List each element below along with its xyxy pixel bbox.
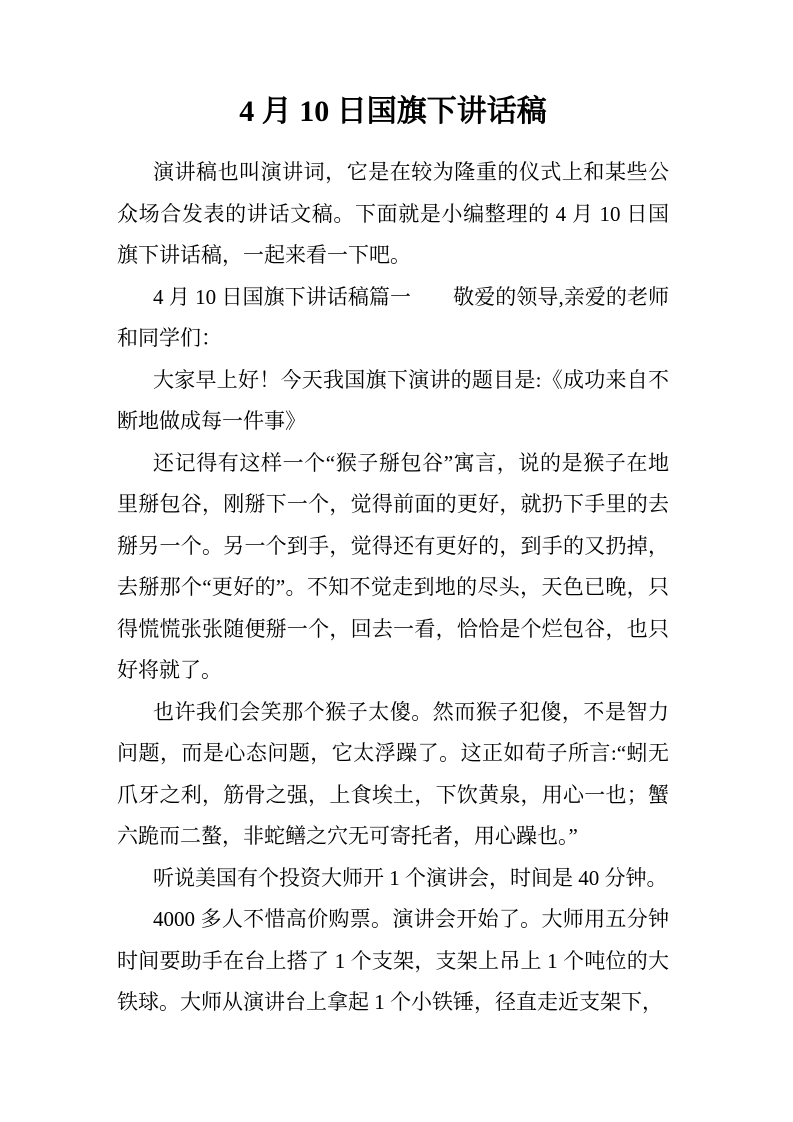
paragraph-intro: 演讲稿也叫演讲词，它是在较为隆重的仪式上和某些公众场合发表的讲话文稿。下面就是小… [117,152,669,277]
paragraph-speech-master: 听说美国有个投资大师开 1 个演讲会，时间是 40 分钟。 [117,858,669,900]
paragraph-section-heading: 4 月 10 日国旗下讲话稿篇一 敬爱的领导,亲爱的老师和同学们： [117,277,669,360]
paragraph-iron-ball: 4000 多人不惜高价购票。演讲会开始了。大师用五分钟时间要助手在台上搭了 1 … [117,899,669,1024]
document-title: 4 月 10 日国旗下讲话稿 [117,90,669,134]
document-body: 演讲稿也叫演讲词，它是在较为隆重的仪式上和某些公众场合发表的讲话文稿。下面就是小… [117,152,669,1024]
paragraph-monkey-fable: 还记得有这样一个“猴子掰包谷”寓言，说的是猴子在地里掰包谷，刚掰下一个，觉得前面… [117,443,669,692]
paragraph-greeting: 大家早上好！今天我国旗下演讲的题目是:《成功来自不断地做成每一件事》 [117,360,669,443]
paragraph-xunzi-quote: 也许我们会笑那个猴子太傻。然而猴子犯傻，不是智力问题，而是心态问题，它太浮躁了。… [117,692,669,858]
document-page: 4 月 10 日国旗下讲话稿 演讲稿也叫演讲词，它是在较为隆重的仪式上和某些公众… [0,0,793,1122]
